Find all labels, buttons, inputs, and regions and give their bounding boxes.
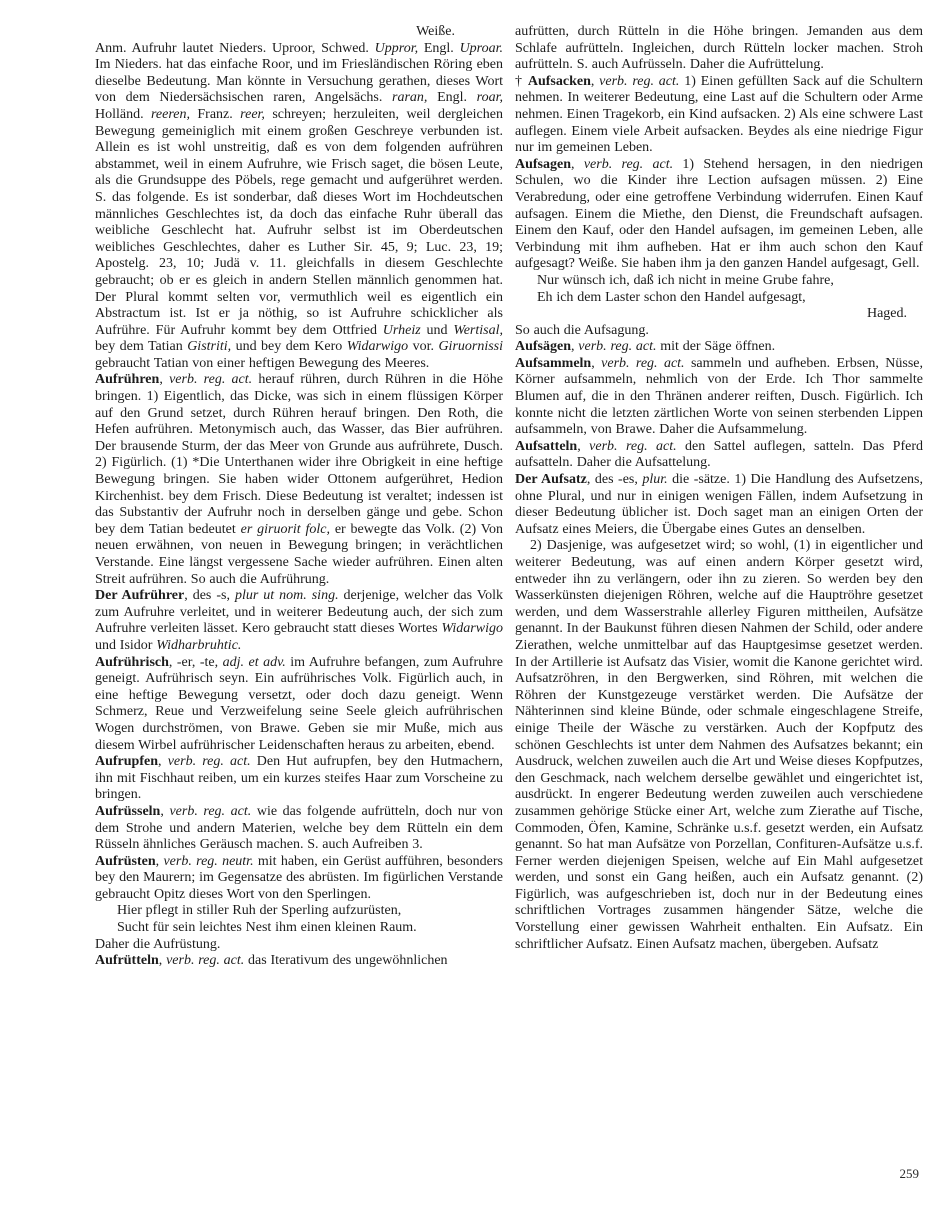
entry-aufsammeln: Aufsammeln, verb. reg. act. sammeln und …: [515, 356, 923, 439]
entry-aufsatteln: Aufsatteln, verb. reg. act. den Sattel a…: [515, 439, 923, 472]
headword: Aufrührisch: [95, 655, 169, 670]
page-number: 259: [900, 1166, 920, 1183]
verse-line: Hier pflegt in stiller Ruh der Sperling …: [95, 903, 503, 920]
italic-run: verb. reg. act.: [601, 356, 684, 371]
italic-run: verb. reg. act.: [578, 339, 656, 354]
verse-line: Nur wünsch ich, daß ich nicht in meine G…: [515, 273, 923, 290]
aufsatz-sense-2: 2) Dasjenige, was aufgesetzet wird; so w…: [515, 538, 923, 953]
italic-run: reer,: [240, 107, 265, 122]
text-run: vor.: [408, 339, 438, 354]
text-run: schreyen; herzuleiten, weil dergleichen …: [95, 107, 503, 338]
text-run: Engl.: [427, 90, 476, 105]
entry-aufruesten: Aufrüsten, verb. reg. neutr. mit haben, …: [95, 854, 503, 904]
text-run: ,: [159, 953, 166, 968]
text-run: ,: [591, 356, 601, 371]
italic-run: plur.: [642, 472, 667, 487]
text-run: So auch die Aufsagung.: [515, 323, 649, 338]
text-columns: Weiße.Anm. Aufruhr lautet Nieders. Uproo…: [0, 0, 935, 970]
headword: Aufsatteln: [515, 439, 577, 454]
headword: Der Aufsatz: [515, 472, 587, 487]
headword: Aufsacken: [528, 74, 591, 89]
entry-aufsacken: † Aufsacken, verb. reg. act. 1) Einen ge…: [515, 74, 923, 157]
text-run: Nur wünsch ich, daß ich nicht in meine G…: [537, 273, 834, 288]
verse-line: Eh ich dem Laster schon den Handel aufge…: [515, 290, 923, 307]
text-run: ,: [591, 74, 599, 89]
text-run: Holländ.: [95, 107, 151, 122]
italic-run: Uproar.: [460, 41, 503, 56]
italic-run: Giruornissi: [438, 339, 503, 354]
text-run: , -er, -te,: [169, 655, 223, 670]
right-column: aufrütten, durch Rütteln in die Höhe bri…: [515, 24, 923, 970]
left-column: Weiße.Anm. Aufruhr lautet Nieders. Uproo…: [95, 24, 503, 970]
text-run: , des -es,: [587, 472, 642, 487]
entry-aufruetteln: Aufrütteln, verb. reg. act. das Iterativ…: [95, 953, 503, 970]
text-run: Sucht für sein leichtes Nest ihm einen k…: [117, 920, 417, 935]
text-run: , des -s,: [184, 588, 235, 603]
italic-run: raran,: [392, 90, 427, 105]
headword: Aufrüsten: [95, 854, 156, 869]
italic-run: verb. reg. act.: [584, 157, 673, 172]
entry-der-aufsatz: Der Aufsatz, des -es, plur. die -sätze. …: [515, 472, 923, 538]
text-run: ,: [571, 157, 584, 172]
entry-aufsaegen: Aufsägen, verb. reg. act. mit der Säge ö…: [515, 339, 923, 356]
italic-run: adj. et adv.: [223, 655, 286, 670]
text-run: das Iterativum des ungewöhnlichen: [244, 953, 447, 968]
text-run: 2) Dasjenige, was aufgesetzet wird; so w…: [515, 538, 923, 951]
text-run: bey dem Tatian: [95, 339, 187, 354]
italic-run: Widarwigo: [347, 339, 408, 354]
text-run: mit der Säge öffnen.: [656, 339, 775, 354]
italic-run: verb. reg. act.: [169, 372, 252, 387]
entry-aufruehrisch: Aufrührisch, -er, -te, adj. et adv. im A…: [95, 655, 503, 755]
headword: Aufsagen: [515, 157, 571, 172]
italic-run: roar,: [477, 90, 503, 105]
italic-run: verb. reg. act.: [168, 754, 251, 769]
text-run: gebraucht Tatian von einer heftigen Bewe…: [95, 356, 429, 371]
text-run: ,: [158, 754, 168, 769]
italic-run: er giruorit folc,: [241, 522, 330, 537]
text-run: Hier pflegt in stiller Ruh der Sperling …: [117, 903, 401, 918]
headword: Aufsammeln: [515, 356, 591, 371]
italic-run: Wertisal,: [453, 323, 503, 338]
headword: Der Aufrührer: [95, 588, 184, 603]
text-run: aufrütten, durch Rütteln in die Höhe bri…: [515, 24, 923, 72]
text-run: Daher die Aufrüstung.: [95, 937, 220, 952]
entry-aufsagen: Aufsagen, verb. reg. act. 1) Stehend her…: [515, 157, 923, 273]
headword: Aufrupfen: [95, 754, 158, 769]
entry-aufrupfen: Aufrupfen, verb. reg. act. Den Hut aufru…: [95, 754, 503, 804]
continuation-aufruetteln: aufrütten, durch Rütteln in die Höhe bri…: [515, 24, 923, 74]
italic-run: Urheiz: [383, 323, 421, 338]
headword: Aufrüsseln: [95, 804, 160, 819]
entry-aufruesseln: Aufrüsseln, verb. reg. act. wie das folg…: [95, 804, 503, 854]
entry-aufruehren: Aufrühren, verb. reg. act. herauf rühren…: [95, 372, 503, 588]
text-run: herauf rühren, durch Rühren in die Höhe …: [95, 372, 503, 536]
text-run: und bey dem Kero: [231, 339, 347, 354]
text-run: 1) Stehend hersagen, in den niedrigen Sc…: [515, 157, 923, 272]
text-run: Eh ich dem Laster schon den Handel aufge…: [537, 290, 806, 305]
text-run: †: [515, 74, 528, 89]
text-run: Engl.: [418, 41, 459, 56]
italic-run: verb. reg. neutr.: [163, 854, 253, 869]
text-run: Weiße.: [416, 24, 455, 39]
so-auch-aufsagung: So auch die Aufsagung.: [515, 323, 923, 340]
headword: Aufsägen: [515, 339, 571, 354]
italic-run: reeren,: [151, 107, 190, 122]
citation-weisse: Weiße.: [95, 24, 503, 41]
italic-run: verb. reg. act.: [589, 439, 676, 454]
headword: Aufrühren: [95, 372, 159, 387]
italic-run: Gistriti,: [187, 339, 231, 354]
verse-line: Sucht für sein leichtes Nest ihm einen k…: [95, 920, 503, 937]
text-run: ,: [159, 372, 169, 387]
text-run: Haged.: [867, 306, 907, 321]
text-run: und Isidor: [95, 638, 156, 653]
text-run: und: [421, 323, 454, 338]
citation-haged: Haged.: [515, 306, 923, 323]
italic-run: verb. reg. act.: [166, 953, 244, 968]
italic-run: plur ut nom. sing.: [235, 588, 339, 603]
text-run: Franz.: [190, 107, 240, 122]
italic-run: Uppror,: [375, 41, 418, 56]
italic-run: Widarwigo: [442, 621, 503, 636]
text-run: Anm. Aufruhr lautet Nieders. Uproor, Sch…: [95, 41, 375, 56]
text-run: ,: [577, 439, 589, 454]
italic-run: verb. reg. act.: [169, 804, 251, 819]
daher-aufruestung: Daher die Aufrüstung.: [95, 937, 503, 954]
entry-der-aufruehrer: Der Aufrührer, des -s, plur ut nom. sing…: [95, 588, 503, 654]
headword: Aufrütteln: [95, 953, 159, 968]
italic-run: verb. reg. act.: [599, 74, 679, 89]
dictionary-page: Weiße.Anm. Aufruhr lautet Nieders. Uproo…: [0, 0, 935, 1210]
italic-run: Widharbruhtic.: [156, 638, 241, 653]
anm-aufruhr-paragraph: Anm. Aufruhr lautet Nieders. Uproor, Sch…: [95, 41, 503, 373]
